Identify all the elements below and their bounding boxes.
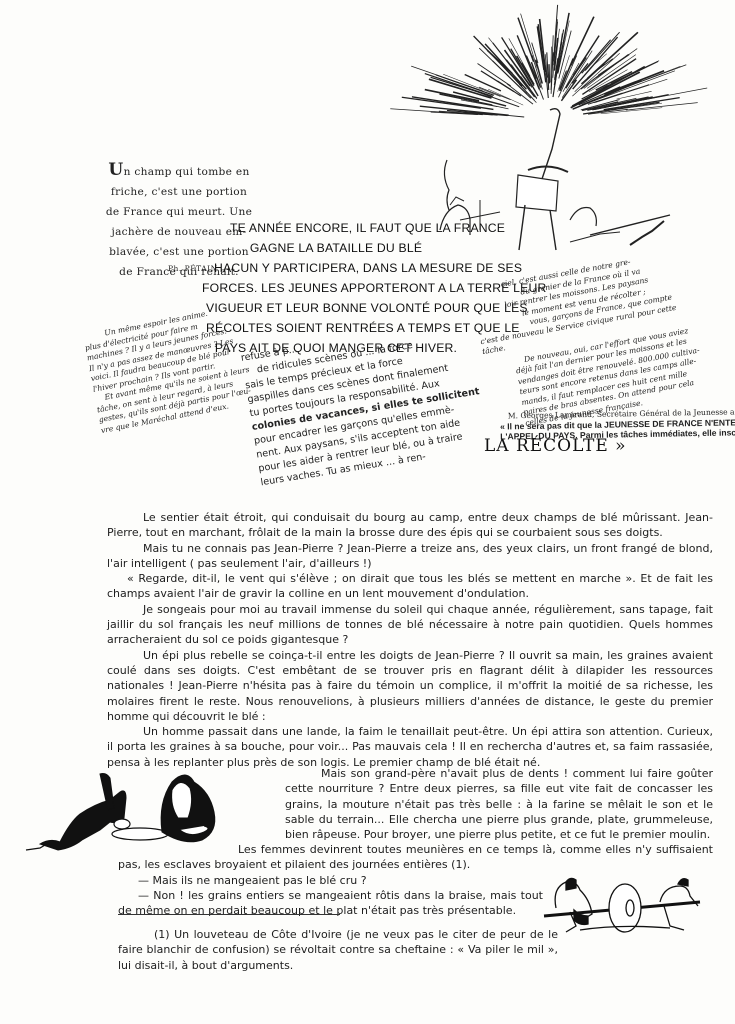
story-paragraph: Mais son grand-père n'avait plus de dent… bbox=[285, 766, 713, 842]
story-paragraph: Un épi plus rebelle se coinça-t-il entre… bbox=[107, 648, 713, 724]
headline-line: FORCES. LES JEUNES APPORTERONT A LA TERR… bbox=[202, 278, 472, 298]
quote-line: n champ qui tombe en bbox=[124, 166, 250, 178]
story-paragraph: Les femmes devinrent toutes meunières en… bbox=[118, 842, 713, 873]
headline-line: HACUN Y PARTICIPERA, DANS LA MESURE DE S… bbox=[214, 258, 472, 278]
story-paragraph: « Regarde, dit-il, le vent qui s'élève ;… bbox=[107, 571, 713, 602]
story-paragraph: Mais tu ne connais pas Jean-Pierre ? Jea… bbox=[107, 541, 713, 572]
quote-dropcap: U bbox=[108, 160, 123, 180]
story-paragraph: Je songeais pour moi au travail immense … bbox=[107, 602, 713, 648]
right-rotated-column: ciel, c'est aussi celle de notre gre- du… bbox=[500, 248, 708, 429]
headline-line: GAGNE LA BATAILLE DU BLÉ bbox=[200, 238, 472, 258]
story-paragraph: Un homme passait dans une lande, la faim… bbox=[107, 724, 713, 770]
footnote: (1) Un louveteau de Côte d'Ivoire (je ne… bbox=[118, 927, 558, 973]
footnote-divider bbox=[118, 914, 340, 915]
left-rotated-column: Un même espoir les anime. plus d'électri… bbox=[82, 303, 257, 436]
la-recolte-title: LA RÉCOLTE » bbox=[484, 436, 627, 456]
footnote-text: (1) Un louveteau de Côte d'Ivoire (je ne… bbox=[118, 927, 558, 973]
headline-line: TE ANNÉE ENCORE, IL FAUT QUE LA FRANCE bbox=[230, 218, 472, 238]
story-paragraph: Le sentier était étroit, qui conduisait … bbox=[107, 510, 713, 541]
quote-line: friche, c'est une portion bbox=[100, 182, 258, 202]
story-main: Le sentier était étroit, qui conduisait … bbox=[107, 510, 713, 770]
headline-line: VIGUEUR ET LEUR BONNE VOLONTÉ POUR QUE L… bbox=[206, 298, 472, 318]
harvester-illustration bbox=[400, 20, 680, 250]
millstone-illustration bbox=[540, 872, 720, 932]
grinding-women-illustration bbox=[20, 772, 220, 852]
story-beside-image: Mais son grand-père n'avait plus de dent… bbox=[285, 766, 713, 842]
